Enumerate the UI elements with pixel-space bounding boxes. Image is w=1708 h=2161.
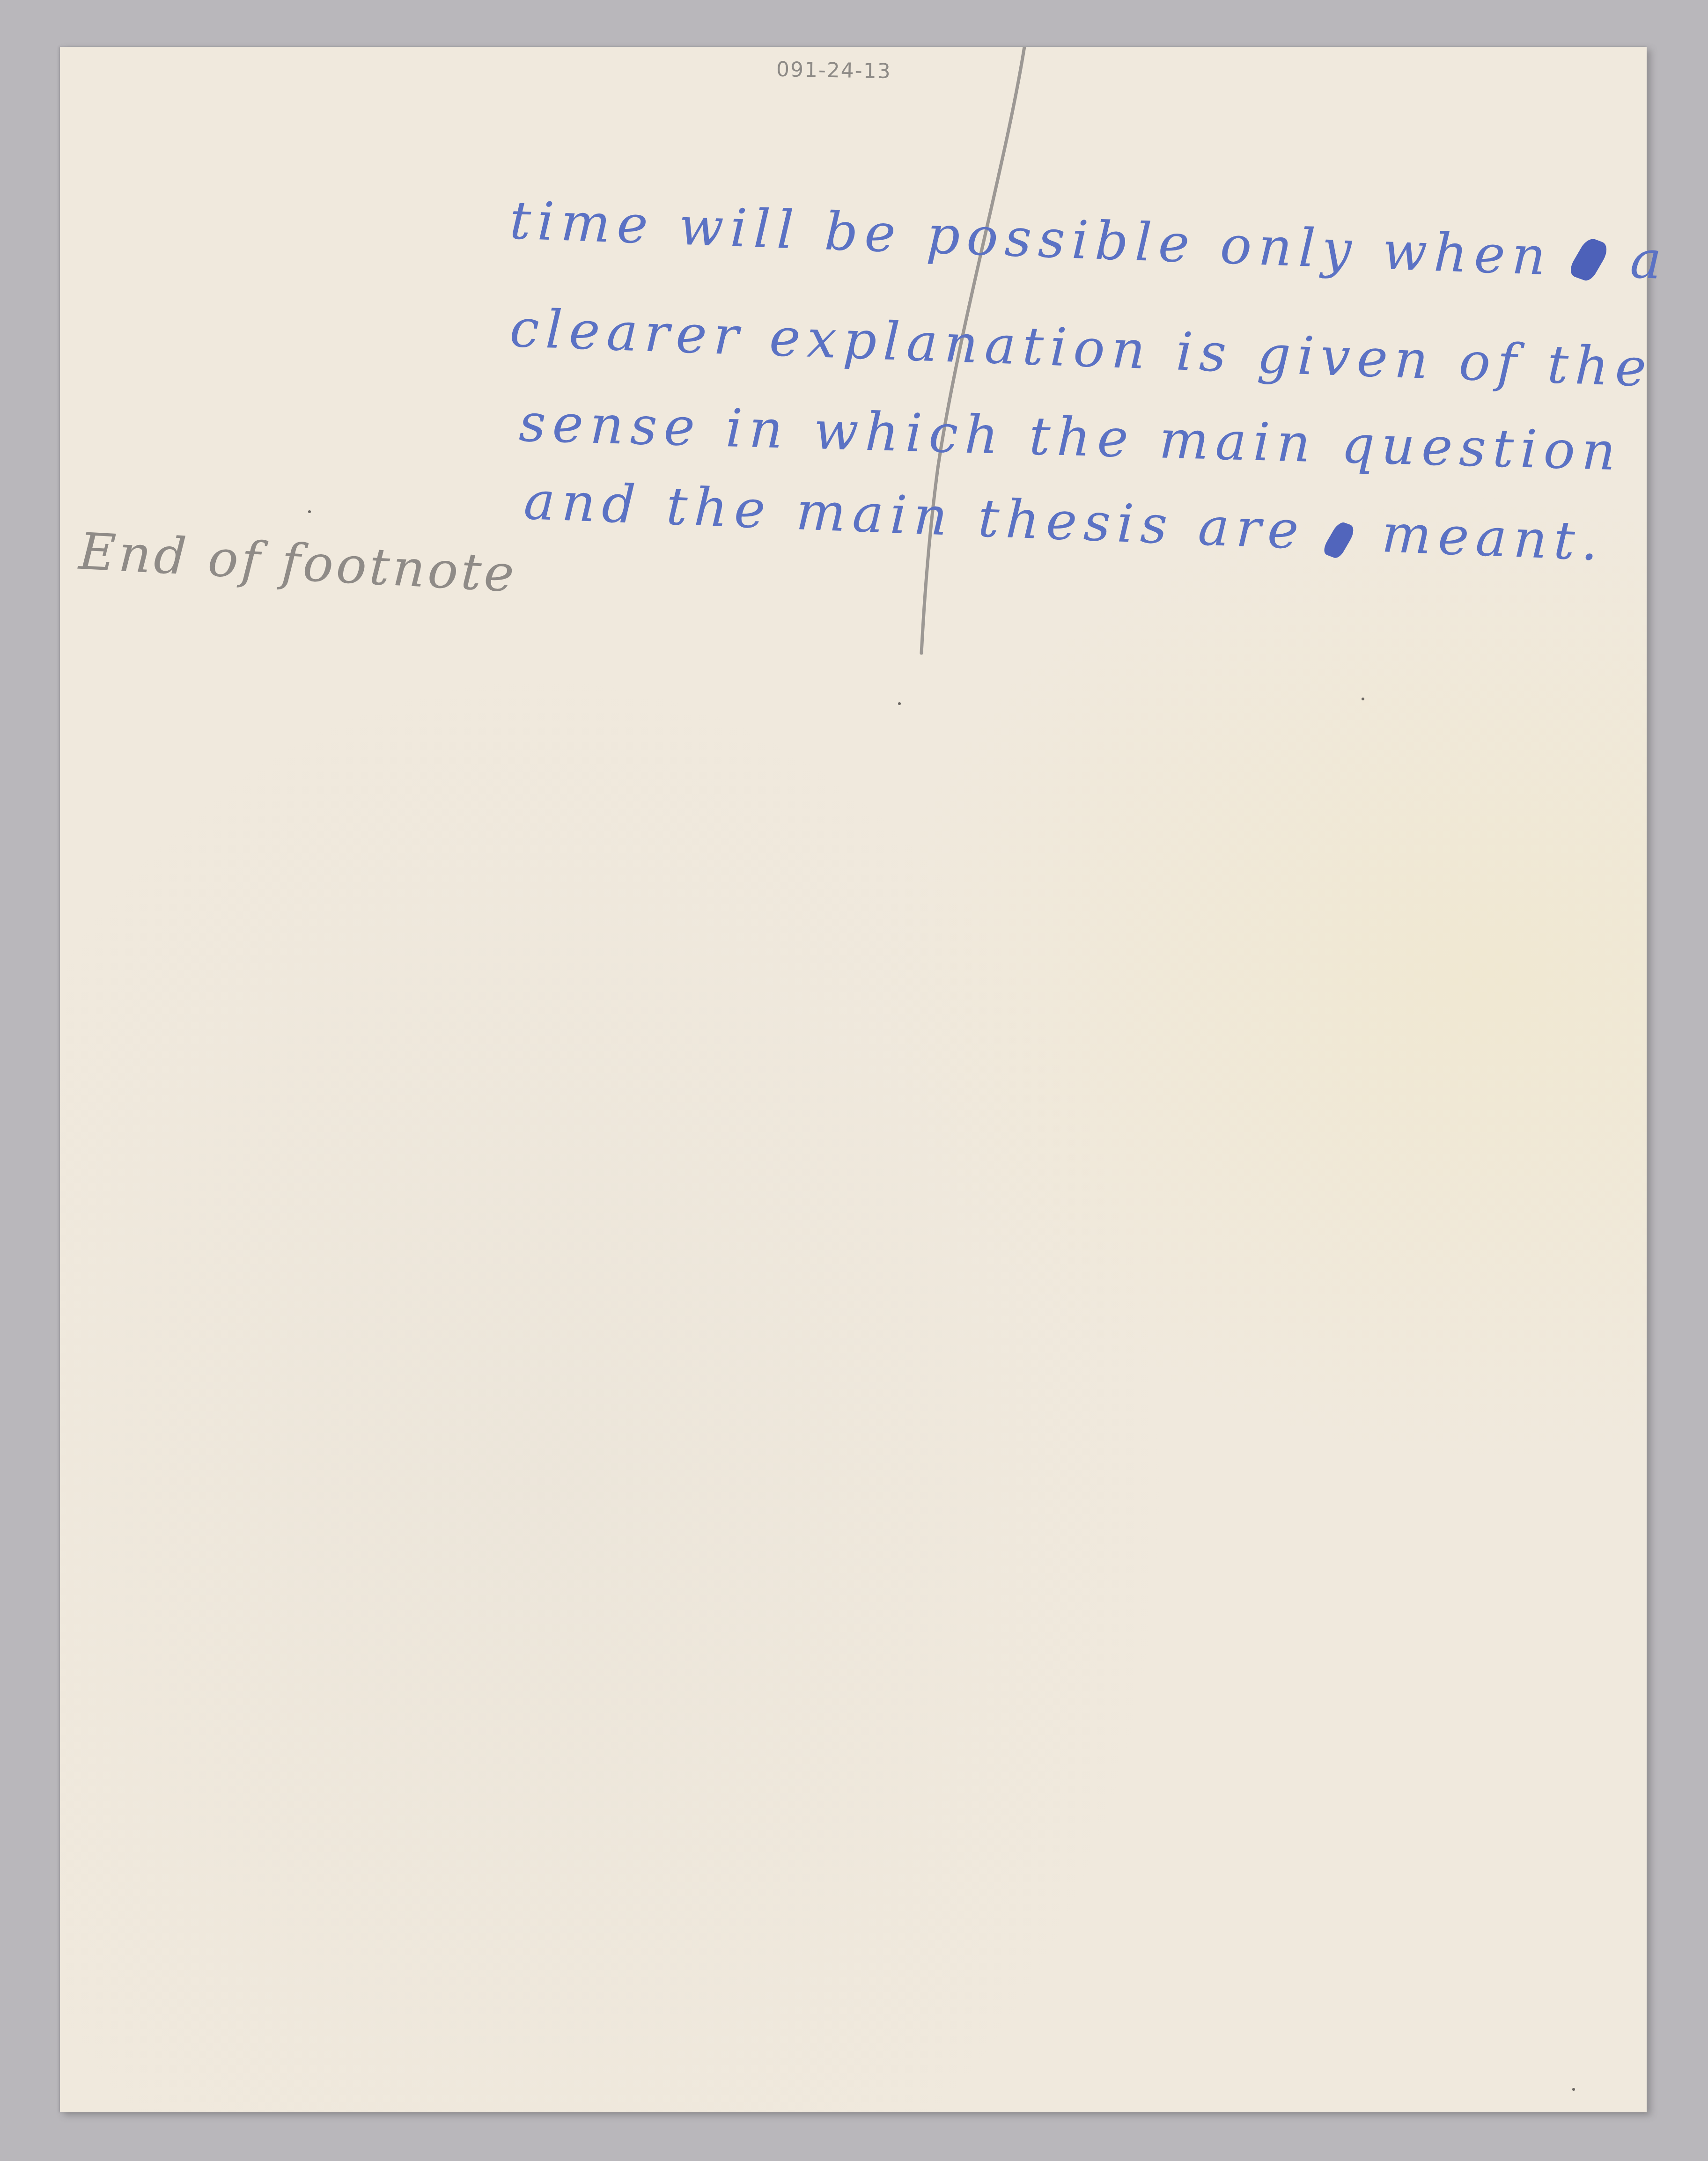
paper-speck — [308, 510, 311, 513]
word: when — [1381, 221, 1553, 287]
word: the — [665, 476, 773, 541]
word: possible — [926, 205, 1197, 275]
paper-speck — [1572, 2088, 1575, 2091]
paper-speck — [898, 702, 901, 705]
ink-strikeout-mark — [1566, 236, 1612, 282]
paper-speck — [1362, 698, 1364, 700]
word: will — [678, 196, 802, 261]
word: the — [1546, 334, 1654, 399]
word: be — [824, 201, 903, 265]
word: sense — [518, 392, 702, 458]
word: which — [813, 400, 1006, 466]
word: a — [1629, 229, 1669, 292]
word: in — [725, 398, 790, 461]
pencil-divider-line — [60, 47, 1647, 749]
ink-strikeout-mark — [1320, 521, 1357, 559]
word: given — [1256, 324, 1436, 391]
word: main — [795, 481, 955, 548]
word: time — [509, 190, 656, 256]
word: main — [1158, 409, 1318, 474]
word: clearer — [508, 298, 746, 367]
word: and — [523, 470, 643, 536]
word: question — [1340, 414, 1623, 482]
word: of — [1458, 331, 1524, 394]
word: the — [1029, 406, 1136, 470]
word: meant. — [1381, 503, 1606, 573]
word: only — [1219, 215, 1359, 280]
word: thesis — [977, 488, 1175, 556]
word: are — [1197, 496, 1306, 561]
manuscript-page: 091-24-13 timewillbepossibleonlywhena cl… — [60, 47, 1647, 2112]
word: is — [1175, 321, 1234, 384]
